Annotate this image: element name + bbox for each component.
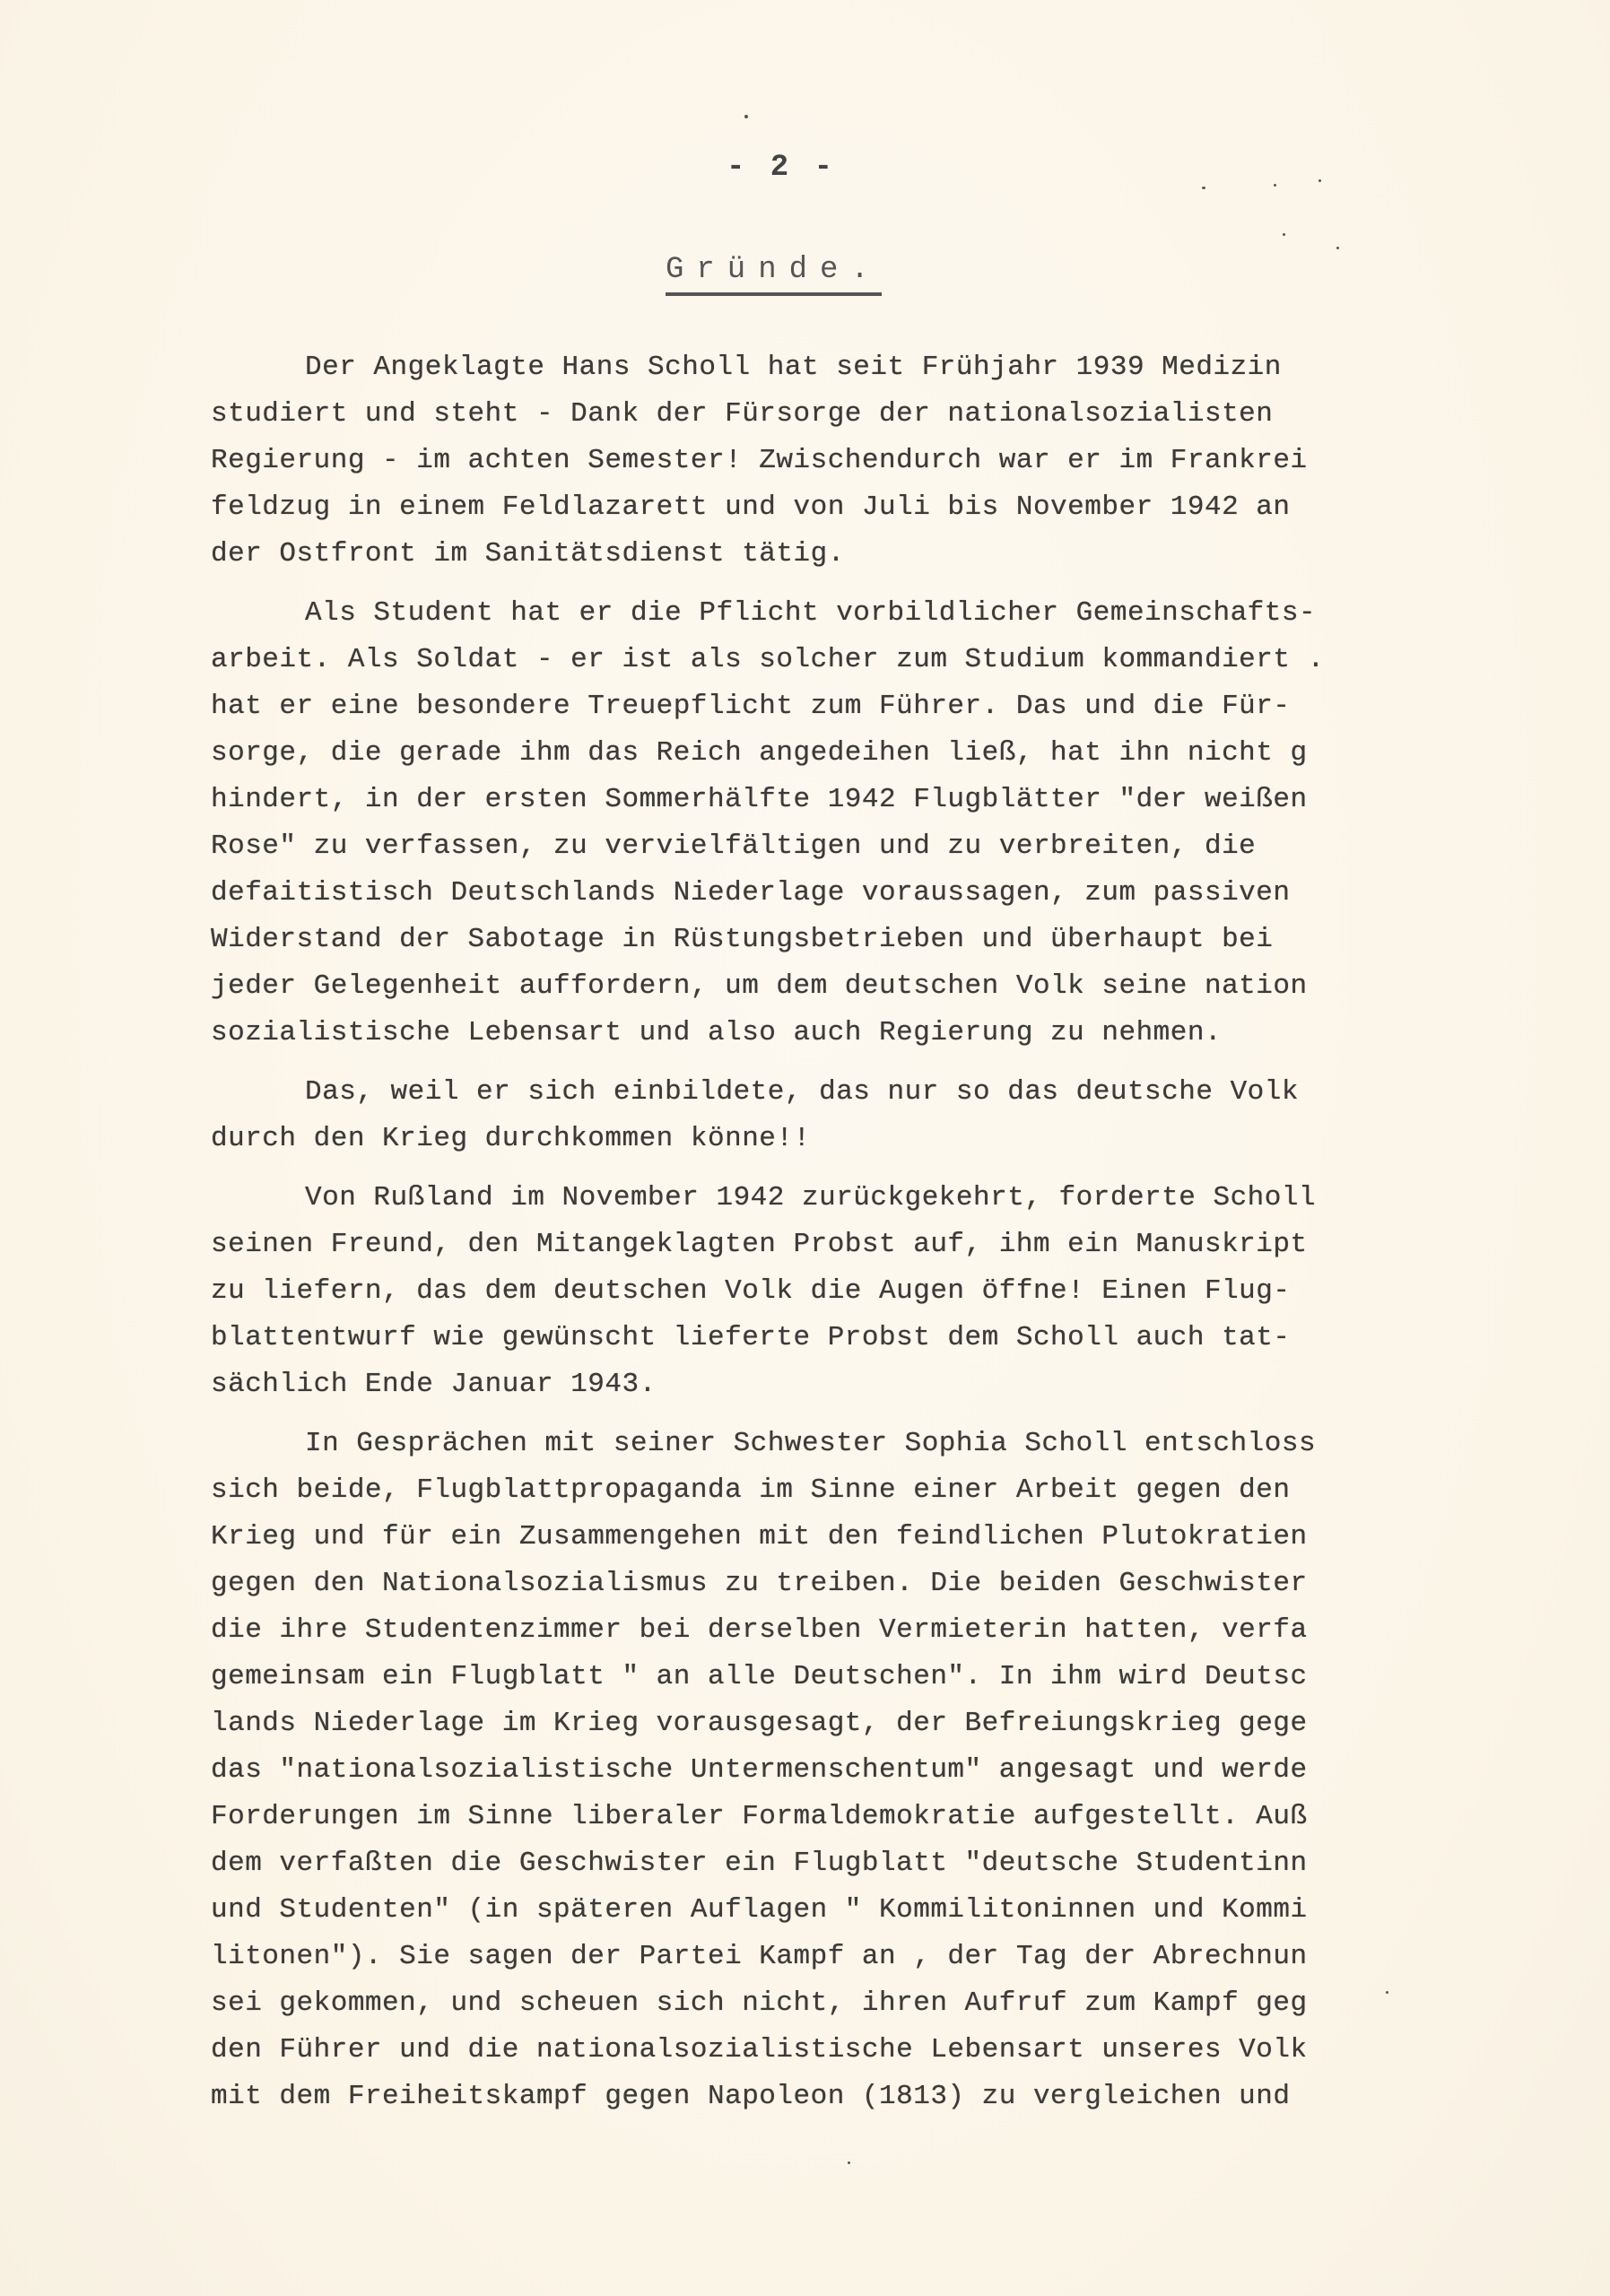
document-body: Der Angeklagte Hans Scholl hat seit Früh… <box>211 344 1449 2133</box>
text-line: zu liefern, das dem deutschen Volk die A… <box>211 1268 1449 1315</box>
text-line: der Ostfront im Sanitätsdienst tätig. <box>211 531 1449 578</box>
ink-speck <box>848 2161 850 2164</box>
ink-speck <box>1318 179 1321 182</box>
ink-speck <box>1386 1991 1388 1994</box>
text-line: litonen"). Sie sagen der Partei Kampf an… <box>211 1934 1449 1980</box>
document-page: - 2 - Gründe. Der Angeklagte Hans Scholl… <box>0 0 1610 2296</box>
paragraph-3: Das, weil er sich einbildete, das nur so… <box>211 1069 1449 1162</box>
text-line: gemeinsam ein Flugblatt " an alle Deutsc… <box>211 1654 1449 1700</box>
text-line: seinen Freund, den Mitangeklagten Probst… <box>211 1222 1449 1268</box>
page-number: - 2 - <box>727 151 836 185</box>
ink-speck <box>744 115 748 118</box>
text-line: sozialistische Lebensart und also auch R… <box>211 1010 1449 1057</box>
text-line: defaitistisch Deutschlands Niederlage vo… <box>211 870 1449 917</box>
ink-speck <box>1336 247 1339 249</box>
text-line: blattentwurf wie gewünscht lieferte Prob… <box>211 1315 1449 1361</box>
text-line: arbeit. Als Soldat - er ist als solcher … <box>211 637 1449 683</box>
text-line: durch den Krieg durchkommen könne!! <box>211 1116 1449 1162</box>
text-line: sich beide, Flugblattpropaganda im Sinne… <box>211 1467 1449 1514</box>
text-line: Das, weil er sich einbildete, das nur so… <box>211 1069 1449 1116</box>
text-line: Forderungen im Sinne liberaler Formaldem… <box>211 1794 1449 1840</box>
text-line: die ihre Studentenzimmer bei derselben V… <box>211 1607 1449 1654</box>
paragraph-1: Der Angeklagte Hans Scholl hat seit Früh… <box>211 344 1449 578</box>
text-line: Krieg und für ein Zusammengehen mit den … <box>211 1514 1449 1561</box>
text-line: sorge, die gerade ihm das Reich angedeih… <box>211 730 1449 777</box>
text-line: Von Rußland im November 1942 zurückgekeh… <box>211 1175 1449 1222</box>
text-line: hindert, in der ersten Sommerhälfte 1942… <box>211 777 1449 823</box>
text-line: hat er eine besondere Treuepflicht zum F… <box>211 683 1449 730</box>
paragraph-4: Von Rußland im November 1942 zurückgekeh… <box>211 1175 1449 1408</box>
text-line: dem verfaßten die Geschwister ein Flugbl… <box>211 1840 1449 1887</box>
text-line: feldzug in einem Feldlazarett und von Ju… <box>211 484 1449 531</box>
text-line: Als Student hat er die Pflicht vorbildli… <box>211 590 1449 637</box>
text-line: sächlich Ende Januar 1943. <box>211 1361 1449 1408</box>
text-line: gegen den Nationalsozialismus zu treiben… <box>211 1561 1449 1607</box>
text-line: und Studenten" (in späteren Auflagen " K… <box>211 1887 1449 1934</box>
text-line: Widerstand der Sabotage in Rüstungsbetri… <box>211 917 1449 963</box>
ink-speck <box>1202 187 1205 189</box>
text-line: jeder Gelegenheit auffordern, um dem deu… <box>211 963 1449 1010</box>
text-line: In Gesprächen mit seiner Schwester Sophi… <box>211 1421 1449 1467</box>
ink-speck <box>1274 184 1276 187</box>
paragraph-5: In Gesprächen mit seiner Schwester Sophi… <box>211 1421 1449 2120</box>
text-line: sei gekommen, und scheuen sich nicht, ih… <box>211 1980 1449 2027</box>
text-line: den Führer und die nationalsozialistisch… <box>211 2027 1449 2074</box>
text-line: das "nationalsozialistische Untermensche… <box>211 1747 1449 1794</box>
ink-speck <box>1283 233 1285 236</box>
text-line: mit dem Freiheitskampf gegen Napoleon (1… <box>211 2074 1449 2120</box>
text-line: lands Niederlage im Krieg vorausgesagt, … <box>211 1700 1449 1747</box>
paragraph-2: Als Student hat er die Pflicht vorbildli… <box>211 590 1449 1057</box>
text-line: studiert und steht - Dank der Fürsorge d… <box>211 391 1449 438</box>
section-heading: Gründe. <box>666 253 882 296</box>
text-line: Regierung - im achten Semester! Zwischen… <box>211 438 1449 484</box>
text-line: Der Angeklagte Hans Scholl hat seit Früh… <box>211 344 1449 391</box>
text-line: Rose" zu verfassen, zu vervielfältigen u… <box>211 823 1449 870</box>
